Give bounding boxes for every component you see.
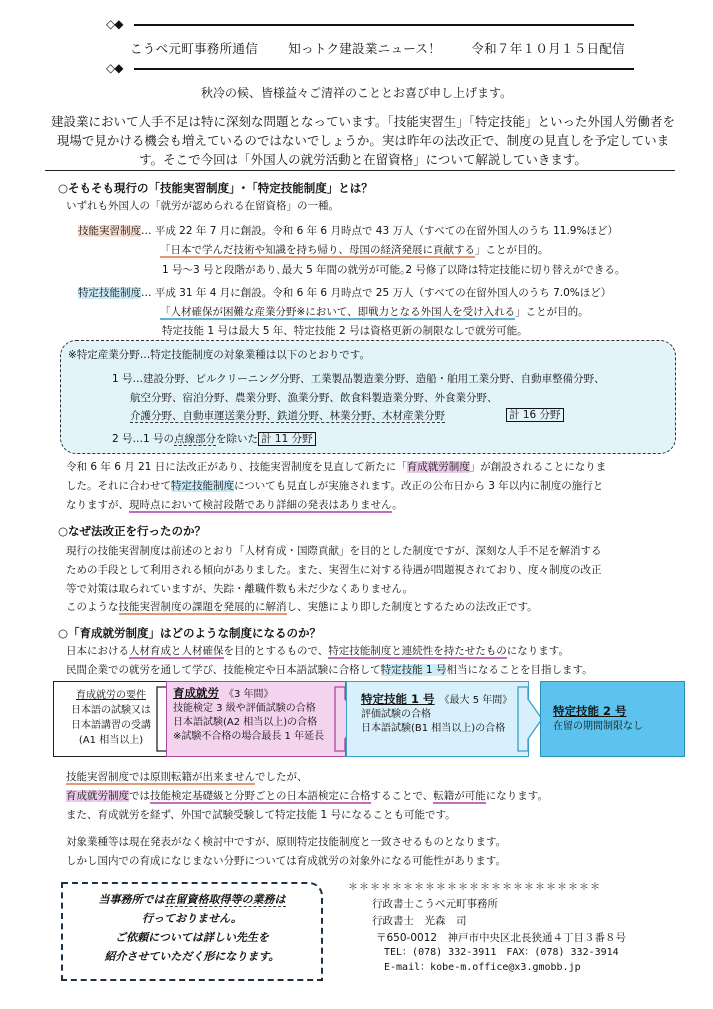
diamond-icons: ◇◆ xyxy=(106,62,122,74)
section1-heading: ○そもそも現行の「技能実習制度」･「特定技能制度」とは？ xyxy=(58,180,373,196)
callout-no1-line2: 航空分野、宿泊分野、農業分野、漁業分野、飲食料製造業分野、外食業分野、 xyxy=(130,389,498,408)
contact-tel-fax: TEL：(078) 332-3911 FAX：(078) 332-3914 xyxy=(384,945,619,961)
header-rule-top: ◇◆ xyxy=(106,18,634,30)
section-divider xyxy=(45,170,675,171)
header-rule-bottom: ◇◆ xyxy=(106,62,634,74)
after-line4: 対象業種等は現在発表がなく検討中ですが、原則特定技能制度と一致させるものとなりま… xyxy=(66,833,506,852)
contact-email[interactable]: E-mail：kobe-m.office@x3.gmobb.jp xyxy=(384,960,581,976)
after-line5: しかし国内での育成になじまない分野については育成就労の対象外になる可能性がありま… xyxy=(66,852,506,871)
tokutei-label: 特定技能制度 xyxy=(78,287,141,299)
reform-line1: 令和 6 年 6 月 21 日に法改正があり、技能実習制度を見直して新たに「育成… xyxy=(66,458,606,477)
callout-no1-line1: 1 号…建設分野、ビルクリーニング分野、工業製品製造業分野、造船・舶用工業分野、… xyxy=(112,370,605,389)
contact-address: 〒650-0012 神戸市中央区北長狭通４丁目３番８号 xyxy=(376,930,626,946)
contact-stars: ＊＊＊＊＊＊＊＊＊＊＊＊＊＊＊＊＊＊＊＊＊＊＊ xyxy=(348,880,601,896)
flow-requirements: 育成就労の要件 日本語の試験又は 日本語講習の受講 (A1 相当以上) xyxy=(53,681,169,757)
tokutei-line2: 「人材確保が困難な産業分野※において、即戦力となる外国人を受け入れる」ことが目的… xyxy=(160,303,589,322)
ginou-line1: 技能実習制度… 平成 22 年 7 月に創設。令和 6 年 6 月時点で 43 … xyxy=(78,222,618,241)
divider xyxy=(134,24,634,26)
section2-line3: 等で対策は取られていますが、失踪・離職件数も未だ少なくありません。 xyxy=(66,580,413,599)
callout-title: ※特定産業分野…特定技能制度の対象業種は以下のとおりです。 xyxy=(68,346,370,365)
ginou-line2: 「日本で学んだ技術や知識を持ち帰り、母国の経済発展に貢献する」ことが目的。 xyxy=(160,241,549,260)
intro-paragraph: 建設業において人手不足は特に深刻な問題となっています。「技能実習生」「特定技能」… xyxy=(48,112,678,169)
callout-no2: 2 号…1 号の点線部分を除いた計 11 分野 xyxy=(112,430,316,449)
section3-line1: 日本における人材育成と人材確保を目的とするもので、特定技能制度と連続性を持たせた… xyxy=(66,642,569,661)
notice-box: 当事務所では在留資格取得等の業務は 行っておりません。 ご依頼については詳しい先… xyxy=(61,882,323,981)
notice-line2: 行っておりません。 xyxy=(63,909,321,928)
notice-line1: 当事務所では在留資格取得等の業務は xyxy=(63,890,321,909)
flow-ikusei: 育成就労 《3 年間》 技能検定 3 級や評価試験の合格 日本語試験(A2 相当… xyxy=(166,681,346,757)
greeting: 秋冷の候、皆様益々ご清祥のこととお喜び申し上げます。 xyxy=(0,84,713,101)
after-line2: 育成就労制度では技能検定基礎級と分野ごとの日本語検定に合格することで、転籍が可能… xyxy=(66,787,548,806)
tokutei-line1: 特定技能制度… 平成 31 年 4 月に創設。令和 6 年 6 月時点で 25 … xyxy=(78,284,611,303)
header-title: こうべ元町事務所通信 知っトク建設業ニュース！ 令和７年１０月１５日配信 xyxy=(130,39,625,57)
section2-line2: ための手段として利用される傾向がありました。また、実習生に対する待遇が問題視され… xyxy=(66,561,602,580)
after-line1: 技能実習制度では原則転籍が出来ませんでしたが、 xyxy=(66,768,308,787)
office-bulletin: こうべ元町事務所通信 xyxy=(130,41,258,56)
notice-line3: ご依頼については詳しい先生を xyxy=(63,928,321,947)
section2-line4: このような技能実習制度の課題を発展的に解消し、実態により即した制度とするための法… xyxy=(66,598,538,617)
reform-line2: した。それに合わせて特定技能制度についても見直しが実施されます。改正の公布日から… xyxy=(66,477,603,496)
divider xyxy=(134,68,634,70)
newsletter-name: 知っトク建設業ニュース！ xyxy=(288,41,441,56)
notice-line4: 紹介させていただく形になります。 xyxy=(63,947,321,966)
tokutei-line3: 特定技能 1 号は最大 5 年、特定技能 2 号は資格更新の制限なしで就労可能。 xyxy=(162,322,528,341)
diamond-icons: ◇◆ xyxy=(106,18,122,30)
issue-date: 令和７年１０月１５日配信 xyxy=(471,41,625,56)
contact-name: 行政書士 光森 司 xyxy=(372,913,467,929)
callout-no1-total: 計 16 分野 xyxy=(506,406,564,425)
flow-tokutei-1: 特定技能 1 号 《最大 5 年間》 評価試験の合格 日本語試験(B1 相当以上… xyxy=(346,681,529,757)
section3-heading: ○「育成就労制度」はどのような制度になるのか？ xyxy=(58,625,321,641)
contact-office: 行政書士こうべ元町事務所 xyxy=(372,896,498,912)
ginou-label: 技能実習制度 xyxy=(78,225,141,237)
ginou-line3: 1 号～3 号と段階があり､最大 5 年間の就労が可能｡2 号修了以降は特定技能… xyxy=(162,261,625,280)
after-line3: また、育成就労を経ず、外国で試験受験して特定技能 1 号になることも可能です。 xyxy=(66,806,456,825)
section1-lead: いずれも外国人の「就労が認められる在留資格」の一種。 xyxy=(66,197,339,216)
reform-line3: なりますが、現時点において検討段階であり詳細の発表はありません。 xyxy=(66,496,403,515)
section2-heading: ○なぜ法改正を行ったのか？ xyxy=(58,523,206,539)
section2-line1: 現行の技能実習制度は前述のとおり「人材育成・国際貢献」を目的とした制度ですが、深… xyxy=(66,542,602,561)
callout-no1-line3: 介護分野、自動車運送業分野、鉄道分野、林業分野、木材産業分野 xyxy=(130,407,445,426)
flow-tokutei-2: 特定技能 2 号 在留の期間制限なし xyxy=(540,681,685,757)
section3-line2: 民間企業での就労を通して学び、技能検定や日本語試験に合格して特定技能 1 号相当… xyxy=(66,661,593,680)
